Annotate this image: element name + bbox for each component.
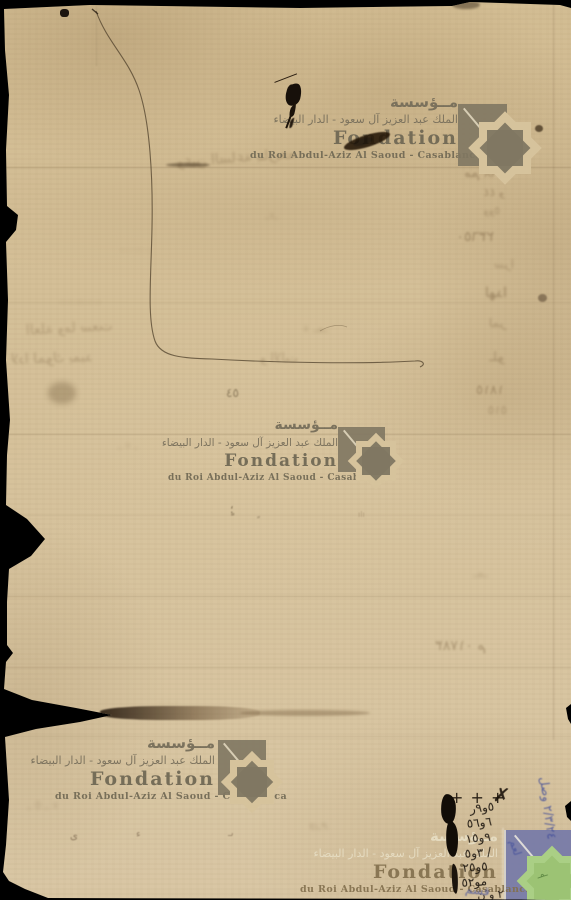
fold-crease: [0, 736, 571, 737]
scanned-document-view: وعين الساعة بتاريخه٥٥ومم ٩٨٤٤ ووو٥ـءـ٢٣٦…: [0, 0, 571, 900]
bleed-script: ـ ـ ـ: [160, 693, 178, 707]
bleed-script: ـءـ: [265, 208, 278, 222]
bleed-script: ـ ء ـ ـ: [0, 646, 18, 660]
watermark-latin-subtitle: du Roi Abdul-Aziz Al Saoud - Casablanca: [55, 790, 215, 803]
cross-x-mark: ✗: [492, 782, 512, 808]
bleed-number: وو٥: [483, 204, 500, 217]
stain: [538, 294, 547, 302]
fold-crease: [0, 667, 571, 668]
bleed-number: لهدا: [485, 285, 507, 301]
ink-numeral-row: ٩و١٥: [465, 830, 491, 846]
eight-point-star-icon: [356, 441, 396, 481]
ink-numeral-row: ٦و٥٦: [466, 814, 492, 831]
bleed-script: و الالت: [260, 351, 298, 366]
ink-smear: [342, 128, 391, 154]
watermark-latin-subtitle: du Roi Abdul-Aziz Al Saoud - Casablanca: [168, 472, 338, 485]
bleed-number: لمر: [489, 316, 506, 330]
cross-marks: + + +: [450, 788, 505, 807]
ink-numeral-row: ٥و٩ر: [469, 799, 495, 815]
bleed-script: ٥٥و: [0, 183, 2, 197]
bleed-script: ـ ـ ــ ـ ـ: [61, 292, 100, 307]
bleed-script: العلة وما سعت: [25, 318, 112, 339]
stain: [166, 163, 210, 167]
bleed-script: ـمـ: [473, 566, 488, 581]
ink-numeral-row: ٢ و ن: [477, 888, 504, 900]
fold-crease-vertical: [553, 0, 554, 740]
watermark-latin-title: Fondation: [168, 451, 338, 472]
watermark-arabic-title: مــؤسسة: [300, 826, 498, 846]
bleed-script: ء ـمـ: [303, 321, 328, 336]
ink-numeral-row: ٣و٥ /: [464, 845, 492, 861]
bleed-number: ـلو: [489, 350, 504, 365]
eight-point-star-icon: [479, 122, 531, 174]
bleed-number: ٢٣٦٥٠: [456, 229, 494, 245]
ink-figure: ٤٥: [226, 386, 239, 400]
blue-ink-note: قسم: [465, 882, 491, 898]
watermark-arabic-subtitle: الملك عبد العزيز آل سعود - الدار البيضاء: [250, 112, 458, 128]
fold-crease-vertical: [96, 6, 97, 66]
scratch-mark: ىـ: [228, 828, 234, 839]
fold-crease: [0, 596, 571, 597]
bleed-number: ٤٤ و: [483, 186, 504, 199]
watermark-latin-subtitle: du Roi Abdul-Aziz Al Saoud - Casablanca: [250, 149, 458, 162]
bleed-number: ١٨١٥: [476, 383, 504, 398]
bleed-number: ٠١٧٨٣ م: [435, 638, 486, 654]
eight-point-star-core: [362, 447, 390, 475]
watermark-latin-subtitle: du Roi Abdul-Aziz Al Saoud - Casablanca: [300, 883, 498, 896]
watermark-latin-title: Fondation: [55, 769, 215, 790]
eight-point-star-core: [237, 767, 267, 797]
bleed-number: ٥١٥: [488, 403, 507, 417]
scratch-mark: ى: [70, 831, 78, 842]
bleed-script: ء٥: [0, 446, 2, 459]
ink-numeral-row: ٥و٢٥: [462, 859, 488, 875]
watermark-arabic-subtitle: الملك عبد العزيز آل سعود - الدار البيضاء: [168, 435, 338, 451]
bleed-script: ـ ـ ء: [0, 558, 18, 572]
bleed-number: سرا: [494, 257, 514, 271]
tear-stain: [240, 710, 370, 716]
fold-crease: [0, 434, 571, 435]
ink-smudge: [452, 1, 480, 9]
watermark-arabic-title: مــؤسسة: [168, 415, 338, 435]
bleed-script: ورم: [309, 816, 328, 830]
tear-stain: [100, 706, 260, 720]
ink-dot: [535, 125, 543, 132]
document-page: وعين الساعة بتاريخه٥٥ومم ٩٨٤٤ ووو٥ـءـ٢٣٦…: [0, 0, 571, 900]
watermark-foundation-bottom-left: مــؤسسة الملك عبد العزيز آل سعود - الدار…: [55, 733, 215, 803]
eight-point-star-core: [487, 130, 523, 166]
ink-speck: [60, 9, 69, 17]
bleed-script: ـ ٥ ـ ء: [27, 798, 58, 812]
eight-point-star-icon: [230, 760, 274, 804]
watermark-arabic-subtitle: الملك عبد العزيز آل سعود - الدار البيضاء: [55, 753, 215, 769]
watermark-arabic-subtitle: الملك عبد العزيز آل سعود - الدار البيضاء: [300, 846, 498, 862]
watermark-foundation-top: مــؤسسة الملك عبد العزيز آل سعود - الدار…: [250, 92, 458, 162]
ink-blot: [440, 794, 457, 825]
ink-blot: [283, 82, 303, 108]
watermark-arabic-title: مــؤسسة: [250, 92, 458, 112]
green-star-stamp: ـمـ: [527, 856, 571, 900]
stain: [48, 382, 76, 404]
ink-numeral-row: مو٥٢: [461, 874, 487, 890]
bleed-script: ـ ـ ــ ـ: [121, 240, 150, 254]
bleed-script: لادا لموك بمبد: [10, 349, 92, 368]
watermark-latin-title: Fondation: [300, 862, 498, 883]
scratch-mark: ء: [136, 829, 141, 840]
watermark-foundation-bottom-right: مــؤسسة الملك عبد العزيز آل سعود - الدار…: [300, 826, 498, 896]
fold-crease: [0, 302, 571, 303]
fold-crease: [0, 515, 571, 516]
watermark-foundation-middle: مــؤسسة الملك عبد العزيز آل سعود - الدار…: [168, 415, 338, 485]
bleed-script: ـ ء ـ: [118, 438, 138, 452]
